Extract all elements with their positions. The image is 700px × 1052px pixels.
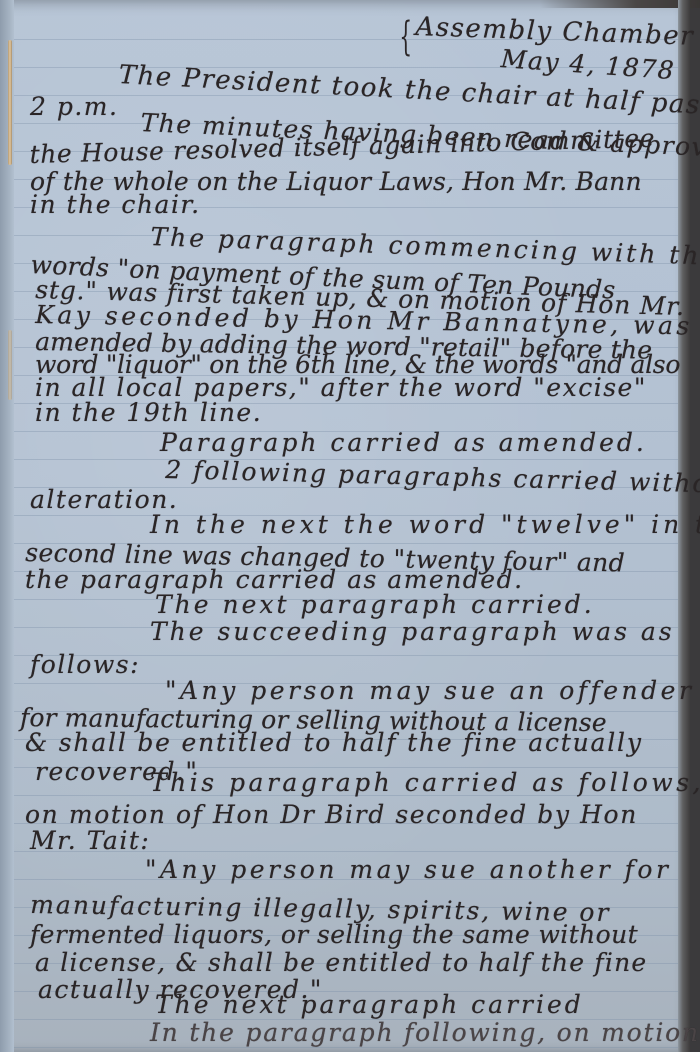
text-line: a license, & shall be entitled to half t… — [35, 948, 647, 977]
text-line: The succeeding paragraph was as — [150, 617, 675, 646]
text-line: in the chair. — [30, 190, 201, 219]
binding-thread — [8, 330, 12, 400]
text-line: In the paragraph following, on motion — [150, 1018, 700, 1047]
text-line: fermented liquors, or selling the same w… — [30, 920, 638, 949]
text-line: 2 p.m. — [30, 92, 118, 121]
text-line: in the 19th line. — [35, 398, 262, 427]
text-line: & shall be entitled to half the fine act… — [25, 728, 643, 757]
text-line: "Any person may sue an offender — [165, 676, 694, 705]
binding-thread — [8, 40, 12, 165]
header-brace-mark: { — [399, 14, 412, 60]
text-line: In the next the word "twelve" in the — [150, 510, 700, 539]
text-line: follows: — [30, 650, 140, 679]
text-line: on motion of Hon Dr Bird seconded by Hon — [25, 800, 638, 829]
text-line: The next paragraph carried. — [155, 590, 595, 619]
manuscript-page: { Assembly Chamber May 4, 1878 The Presi… — [0, 0, 690, 1052]
text-line: Mr. Tait: — [30, 826, 150, 855]
page-edge-top — [540, 0, 700, 8]
text-line: "Any person may sue another for — [145, 855, 671, 884]
text-line: The next paragraph carried — [155, 990, 584, 1019]
text-line: This paragraph carried as follows, — [150, 768, 700, 797]
text-line: Paragraph carried as amended. — [160, 428, 647, 457]
